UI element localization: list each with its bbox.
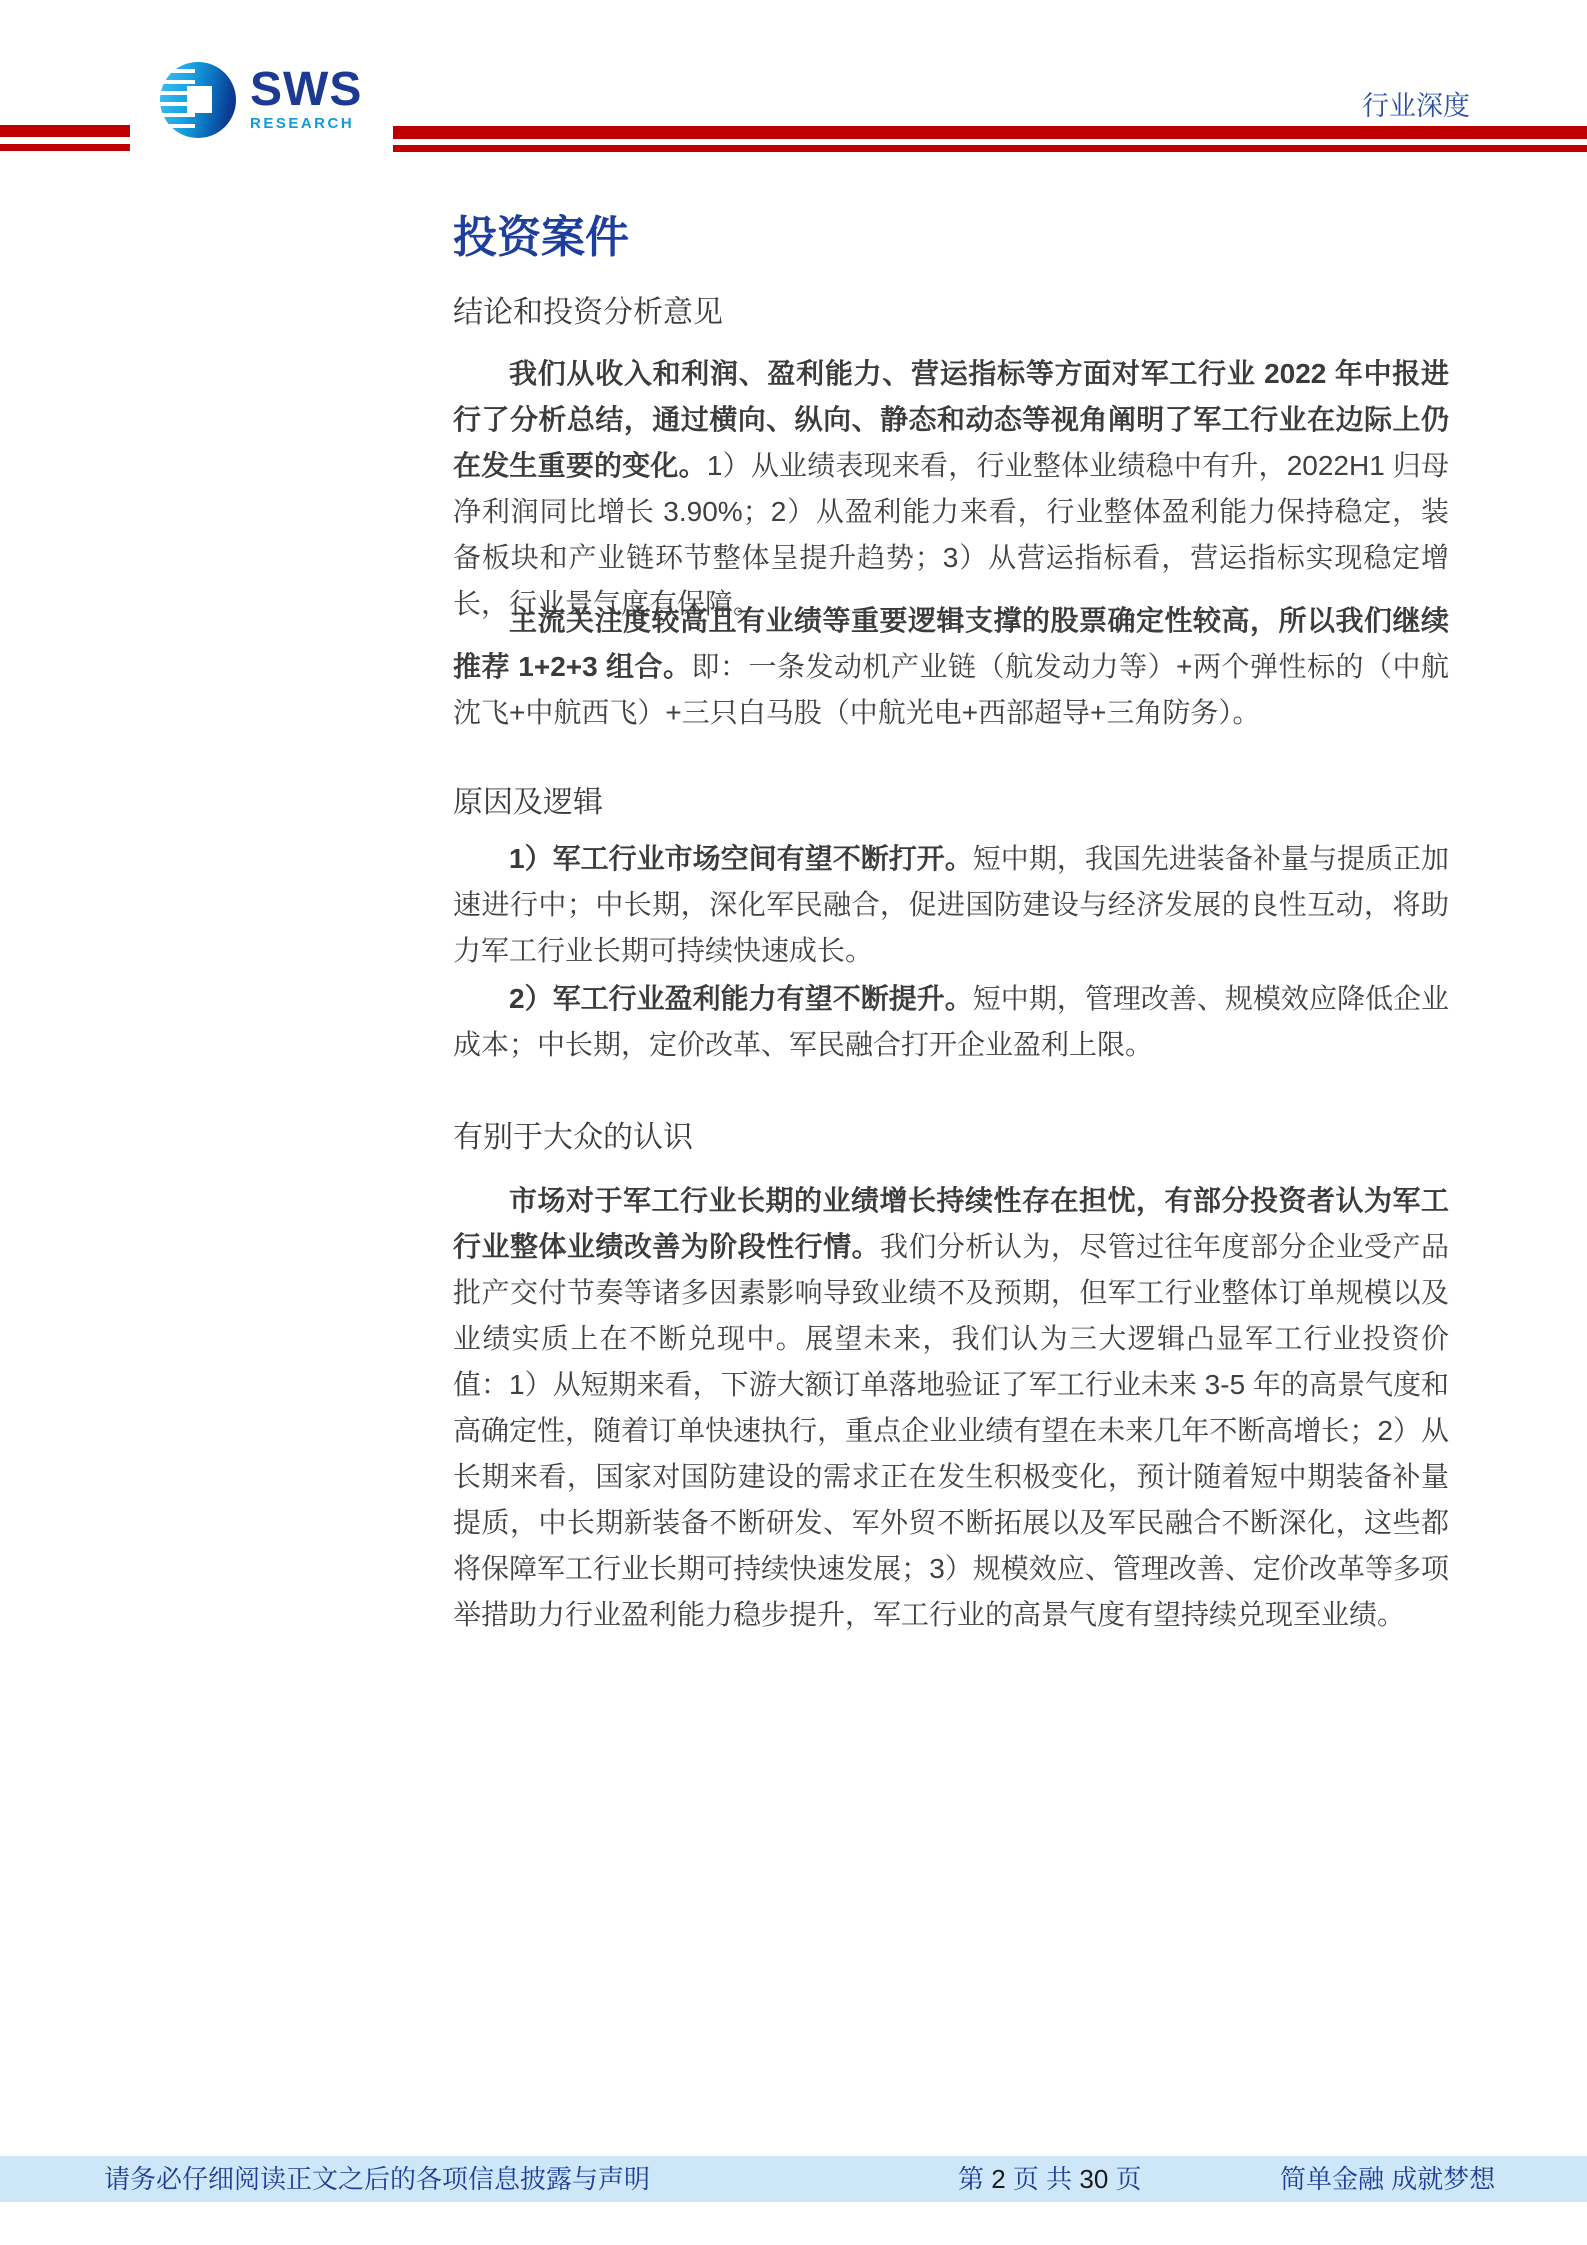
section-heading-different-view: 有别于大众的认识 bbox=[453, 1121, 1449, 1154]
footer-slogan: 简单金融 成就梦想 bbox=[1280, 2156, 1495, 2202]
footer: 请务必仔细阅读正文之后的各项信息披露与声明 第 2 页 共 30 页 简单金融 … bbox=[0, 2156, 1587, 2202]
logo-research-label: RESEARCH bbox=[250, 115, 362, 132]
header-rule-left-thin bbox=[0, 144, 130, 151]
report-page: SWS RESEARCH 行业深度 投资案件 结论和投资分析意见 我们从收入和利… bbox=[0, 0, 1587, 2245]
paragraph-different-view: 市场对于军工行业长期的业绩增长持续性存在担忧，有部分投资者认为军工行业整体业绩改… bbox=[453, 1178, 1449, 1638]
logo-text: SWS RESEARCH bbox=[250, 68, 362, 131]
paragraph-bold-lead: 2）军工行业盈利能力有望不断提升。 bbox=[509, 983, 973, 1014]
header-rule-left-thick bbox=[0, 125, 130, 137]
paragraph-bold-lead: 1）军工行业市场空间有望不断打开。 bbox=[509, 843, 973, 874]
header-rule-right-thin bbox=[393, 145, 1587, 152]
paragraph-reason-2: 2）军工行业盈利能力有望不断提升。短中期，管理改善、规模效应降低企业成本；中长期… bbox=[453, 976, 1449, 1068]
report-type-label: 行业深度 bbox=[1280, 84, 1470, 123]
paragraph-conclusion-2: 主流关注度较高且有业绩等重要逻辑支撑的股票确定性较高，所以我们继续推荐 1+2+… bbox=[453, 598, 1449, 736]
paragraph-conclusion-1: 我们从收入和利润、盈利能力、营运指标等方面对军工行业 2022 年中报进行了分析… bbox=[453, 351, 1449, 627]
globe-coin-square bbox=[187, 86, 212, 113]
globe-icon bbox=[160, 62, 236, 138]
sws-logo: SWS RESEARCH bbox=[160, 62, 362, 138]
current-page-number: 2 bbox=[991, 2164, 1005, 2194]
paragraph-reason-1: 1）军工行业市场空间有望不断打开。短中期，我国先进装备补量与提质正加速进行中；中… bbox=[453, 836, 1449, 974]
section-heading-reasons: 原因及逻辑 bbox=[453, 786, 1449, 819]
header-rule-right-thick bbox=[393, 126, 1587, 139]
total-page-number: 30 bbox=[1079, 2164, 1108, 2194]
page-label: 页 共 bbox=[1006, 2164, 1080, 2194]
footer-disclaimer: 请务必仔细阅读正文之后的各项信息披露与声明 bbox=[104, 2156, 650, 2202]
section-heading-conclusion: 结论和投资分析意见 bbox=[453, 296, 1449, 329]
footer-page-number: 第 2 页 共 30 页 bbox=[958, 2156, 1142, 2202]
page-title: 投资案件 bbox=[453, 214, 1449, 262]
logo-sws-label: SWS bbox=[250, 68, 362, 111]
paragraph-text: 我们分析认为，尽管过往年度部分企业受产品批产交付节奏等诸多因素影响导致业绩不及预… bbox=[453, 1231, 1449, 1630]
page-label: 页 bbox=[1108, 2164, 1141, 2194]
page-label: 第 bbox=[958, 2164, 991, 2194]
